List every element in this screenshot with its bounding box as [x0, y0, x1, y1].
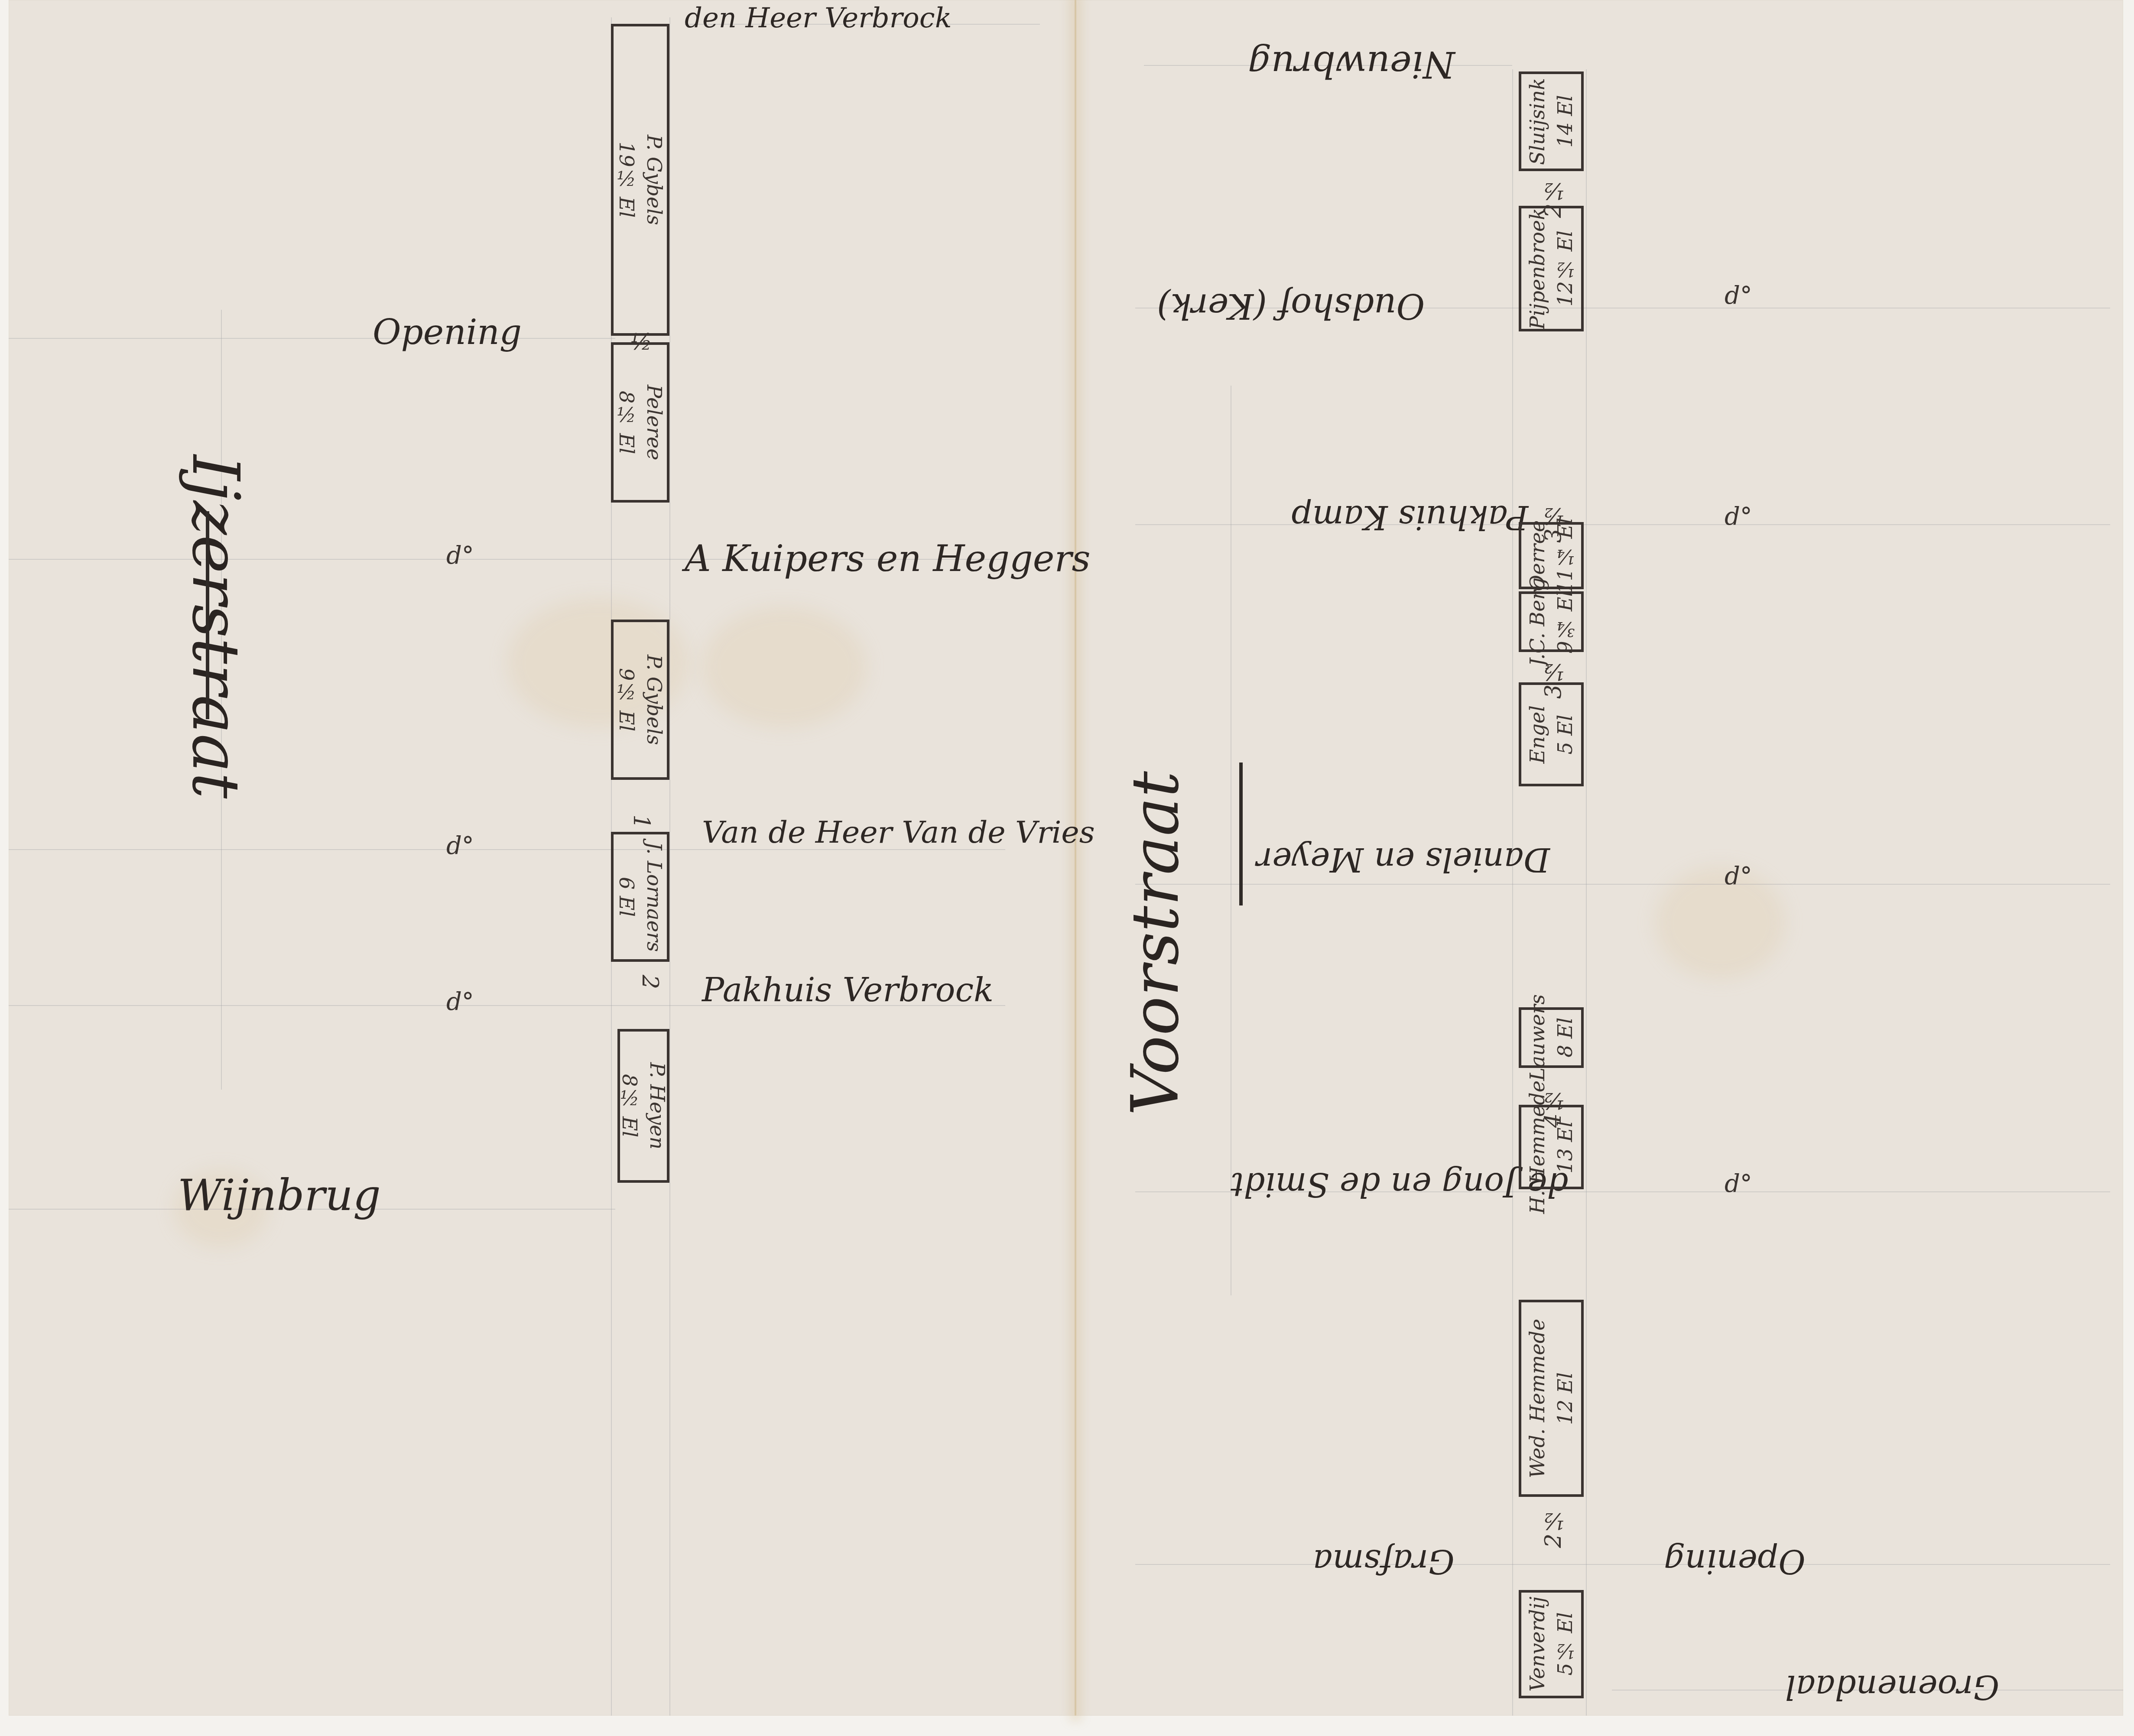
ditto-mark: d° [1725, 503, 1752, 531]
frontage-measure: 9½ El [613, 655, 640, 745]
owner-name: J.C. Berg [1523, 578, 1551, 666]
street-name-left: Ijzerstraat [178, 455, 253, 798]
property-box: P. Gybels19½ El [611, 24, 669, 336]
property-box: J. Lornaers6 El [611, 832, 669, 962]
frontage-measure: 8½ El [616, 1062, 643, 1149]
owner-name: J. Lornaers [640, 842, 668, 952]
gap-measure: 2½ [1540, 1508, 1566, 1548]
owner-name: Venverdij [1523, 1596, 1551, 1691]
property-box: H. Hemmede13 El [1519, 1105, 1584, 1189]
ditto-mark: d° [446, 832, 474, 860]
guide-line [1135, 524, 2110, 525]
frontage-measure: 12 El [1551, 1319, 1579, 1478]
property-box: Wed. Hemmede12 El [1519, 1300, 1584, 1497]
label-kuipers: A Kuipers en Heggers [685, 537, 1091, 580]
owner-name: P. Gybels [640, 655, 668, 745]
paper-stain [1655, 866, 1785, 979]
owner-name: Sluijsink [1523, 78, 1551, 165]
property-box: P. Gybels9½ El [611, 620, 669, 780]
street-underline [206, 511, 209, 719]
ditto-mark: d° [446, 988, 474, 1016]
label-oudshof: Oudshof (Kerk) [1157, 286, 1425, 326]
street-name-right: Voorstraat [1118, 771, 1193, 1116]
ditto-mark: d° [446, 542, 474, 570]
ditto-mark: d° [1725, 862, 1752, 890]
property-box: Sluijsink14 El [1519, 71, 1584, 171]
property-box: Venverdij5½ El [1519, 1590, 1584, 1698]
label-opening-right: Opening [1664, 1542, 1806, 1581]
guide-line [1231, 386, 1231, 1295]
center-fold [1075, 0, 1076, 1716]
label-daniels-meyer: Daniels en Meyer [1257, 840, 1550, 879]
guide-line [1586, 69, 1587, 1716]
frontage-measure: 9¾ El [1551, 578, 1579, 666]
property-box: Engel5 El [1519, 682, 1584, 786]
guide-line [1135, 884, 2110, 885]
label-van-de-vries: Van de Heer Van de Vries [702, 814, 1095, 850]
owner-name: Wed. Hemmede [1523, 1319, 1551, 1478]
property-box: Peleree8½ El [611, 342, 669, 503]
guide-line [1135, 1564, 2110, 1565]
label-pakhuis-verbrock: Pakhuis Verbrock [702, 970, 994, 1009]
owner-name: Lauwers [1523, 994, 1551, 1081]
ditto-mark: d° [1725, 282, 1752, 310]
gap-measure: 2 [637, 975, 663, 989]
street-underline [1239, 763, 1243, 905]
frontage-measure: 5½ El [1551, 1596, 1579, 1691]
label-wijnbrug: Wijnbrug [178, 1170, 381, 1220]
owner-name: P. Heyen [643, 1062, 671, 1149]
frontage-measure: 13 El [1551, 1081, 1579, 1214]
label-pakhuis-kamp: Pakhuis Kamp [1291, 498, 1528, 537]
label-groenendaal: Groenendaal [1785, 1668, 1999, 1707]
top-label: den Heer Verbrock [685, 2, 952, 34]
frontage-measure: 12½ El [1551, 208, 1579, 329]
label-opening-left: Opening [373, 312, 522, 352]
property-box: J.C. Berg9¾ El [1519, 591, 1584, 652]
guide-line [1512, 69, 1513, 1716]
ditto-mark: d° [1725, 1170, 1752, 1198]
frontage-measure: 6 El [613, 842, 640, 952]
frontage-measure: 14 El [1551, 78, 1579, 165]
owner-name: Pijpenbroek [1523, 208, 1551, 329]
document-sheet: den Heer Verbrock Ijzerstraat Opening A … [9, 0, 2123, 1716]
paper-stain [702, 607, 867, 728]
frontage-measure: 19½ El [613, 135, 640, 225]
guide-line [669, 17, 670, 1716]
label-grafsma: Grafsma [1313, 1542, 1455, 1581]
label-nieuwbrug: Nieuwbrug [1248, 43, 1455, 86]
owner-name: H. Hemmede [1523, 1081, 1551, 1214]
owner-name: Peleree [640, 385, 668, 460]
frontage-measure: 8 El [1551, 994, 1579, 1081]
gap-measure: 1 [628, 814, 654, 829]
guide-line [9, 338, 615, 339]
property-box: Lauwers8 El [1519, 1007, 1584, 1068]
property-box: P. Heyen8½ El [617, 1029, 669, 1183]
owner-name: P. Gybels [640, 135, 668, 225]
property-box: Pijpenbroek12½ El [1519, 206, 1584, 331]
owner-name: Engel [1523, 705, 1551, 764]
frontage-measure: 8½ El [613, 385, 640, 460]
label-de-jong-smidt: de Jong en de Smidt [1231, 1165, 1568, 1204]
frontage-measure: 5 El [1551, 705, 1579, 764]
